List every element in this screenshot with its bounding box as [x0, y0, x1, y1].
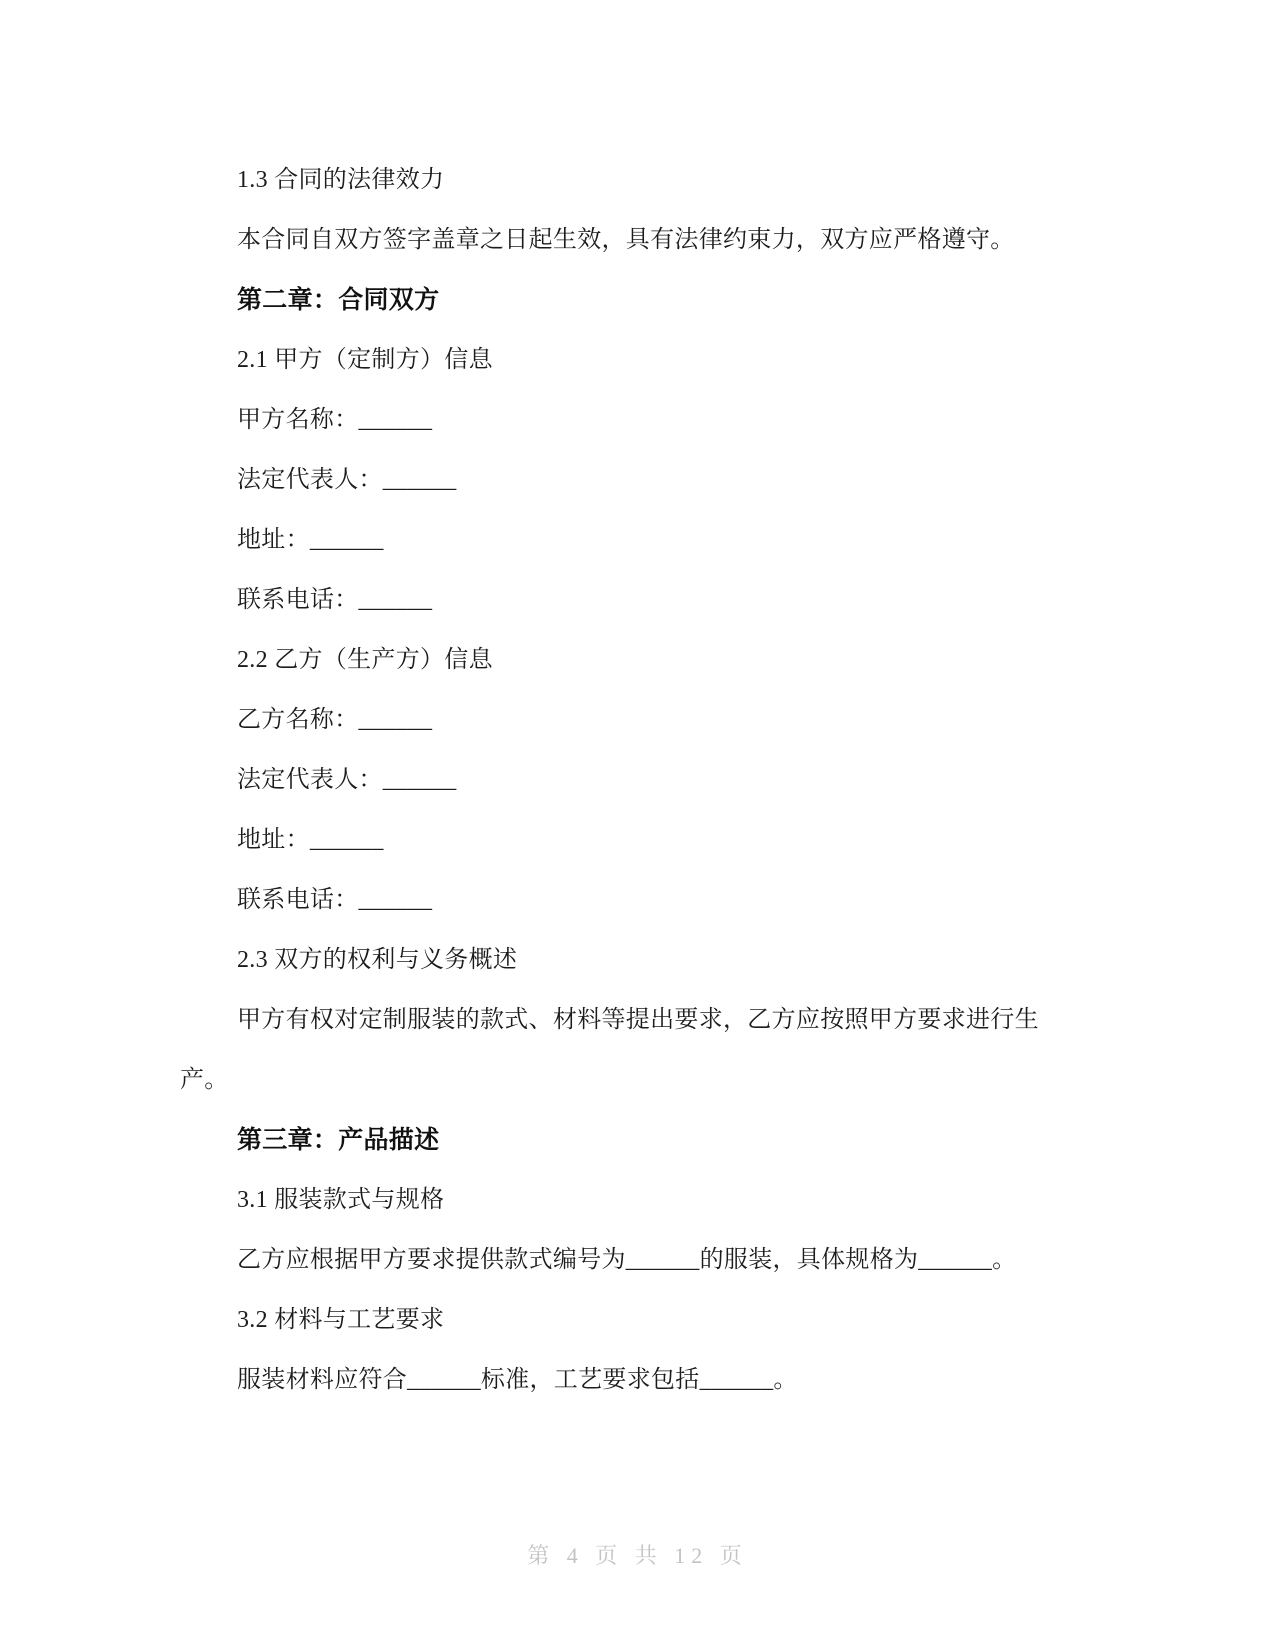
- page-number-footer: 第 4 页 共 12 页: [0, 1540, 1275, 1572]
- section-2-2-title: 2.2 乙方（生产方）信息: [180, 630, 1058, 690]
- field-party-a-representative: 法定代表人：______: [180, 450, 1058, 510]
- field-party-b-name: 乙方名称：______: [180, 690, 1058, 750]
- para-material-craft: 服装材料应符合______标准，工艺要求包括______。: [180, 1350, 1058, 1410]
- para-style-specification: 乙方应根据甲方要求提供款式编号为______的服装，具体规格为______。: [180, 1230, 1058, 1290]
- section-2-1-title: 2.1 甲方（定制方）信息: [180, 330, 1058, 390]
- field-party-a-name: 甲方名称：______: [180, 390, 1058, 450]
- document-body: 1.3 合同的法律效力 本合同自双方签字盖章之日起生效，具有法律约束力，双方应严…: [180, 150, 1058, 1410]
- section-3-2-title: 3.2 材料与工艺要求: [180, 1290, 1058, 1350]
- field-party-a-phone: 联系电话：______: [180, 570, 1058, 630]
- contract-document-page: 1.3 合同的法律效力 本合同自双方签字盖章之日起生效，具有法律约束力，双方应严…: [0, 0, 1275, 1650]
- field-party-b-representative: 法定代表人：______: [180, 750, 1058, 810]
- section-3-1-title: 3.1 服装款式与规格: [180, 1170, 1058, 1230]
- field-party-b-address: 地址：______: [180, 810, 1058, 870]
- field-party-b-phone: 联系电话：______: [180, 870, 1058, 930]
- field-party-a-address: 地址：______: [180, 510, 1058, 570]
- section-2-3-title: 2.3 双方的权利与义务概述: [180, 930, 1058, 990]
- chapter-2-heading: 第二章：合同双方: [180, 270, 1058, 330]
- para-rights-obligations: 甲方有权对定制服装的款式、材料等提出要求，乙方应按照甲方要求进行生产。: [180, 990, 1058, 1110]
- para-legal-effect: 本合同自双方签字盖章之日起生效，具有法律约束力，双方应严格遵守。: [180, 210, 1058, 270]
- section-1-3-title: 1.3 合同的法律效力: [180, 150, 1058, 210]
- chapter-3-heading: 第三章：产品描述: [180, 1110, 1058, 1170]
